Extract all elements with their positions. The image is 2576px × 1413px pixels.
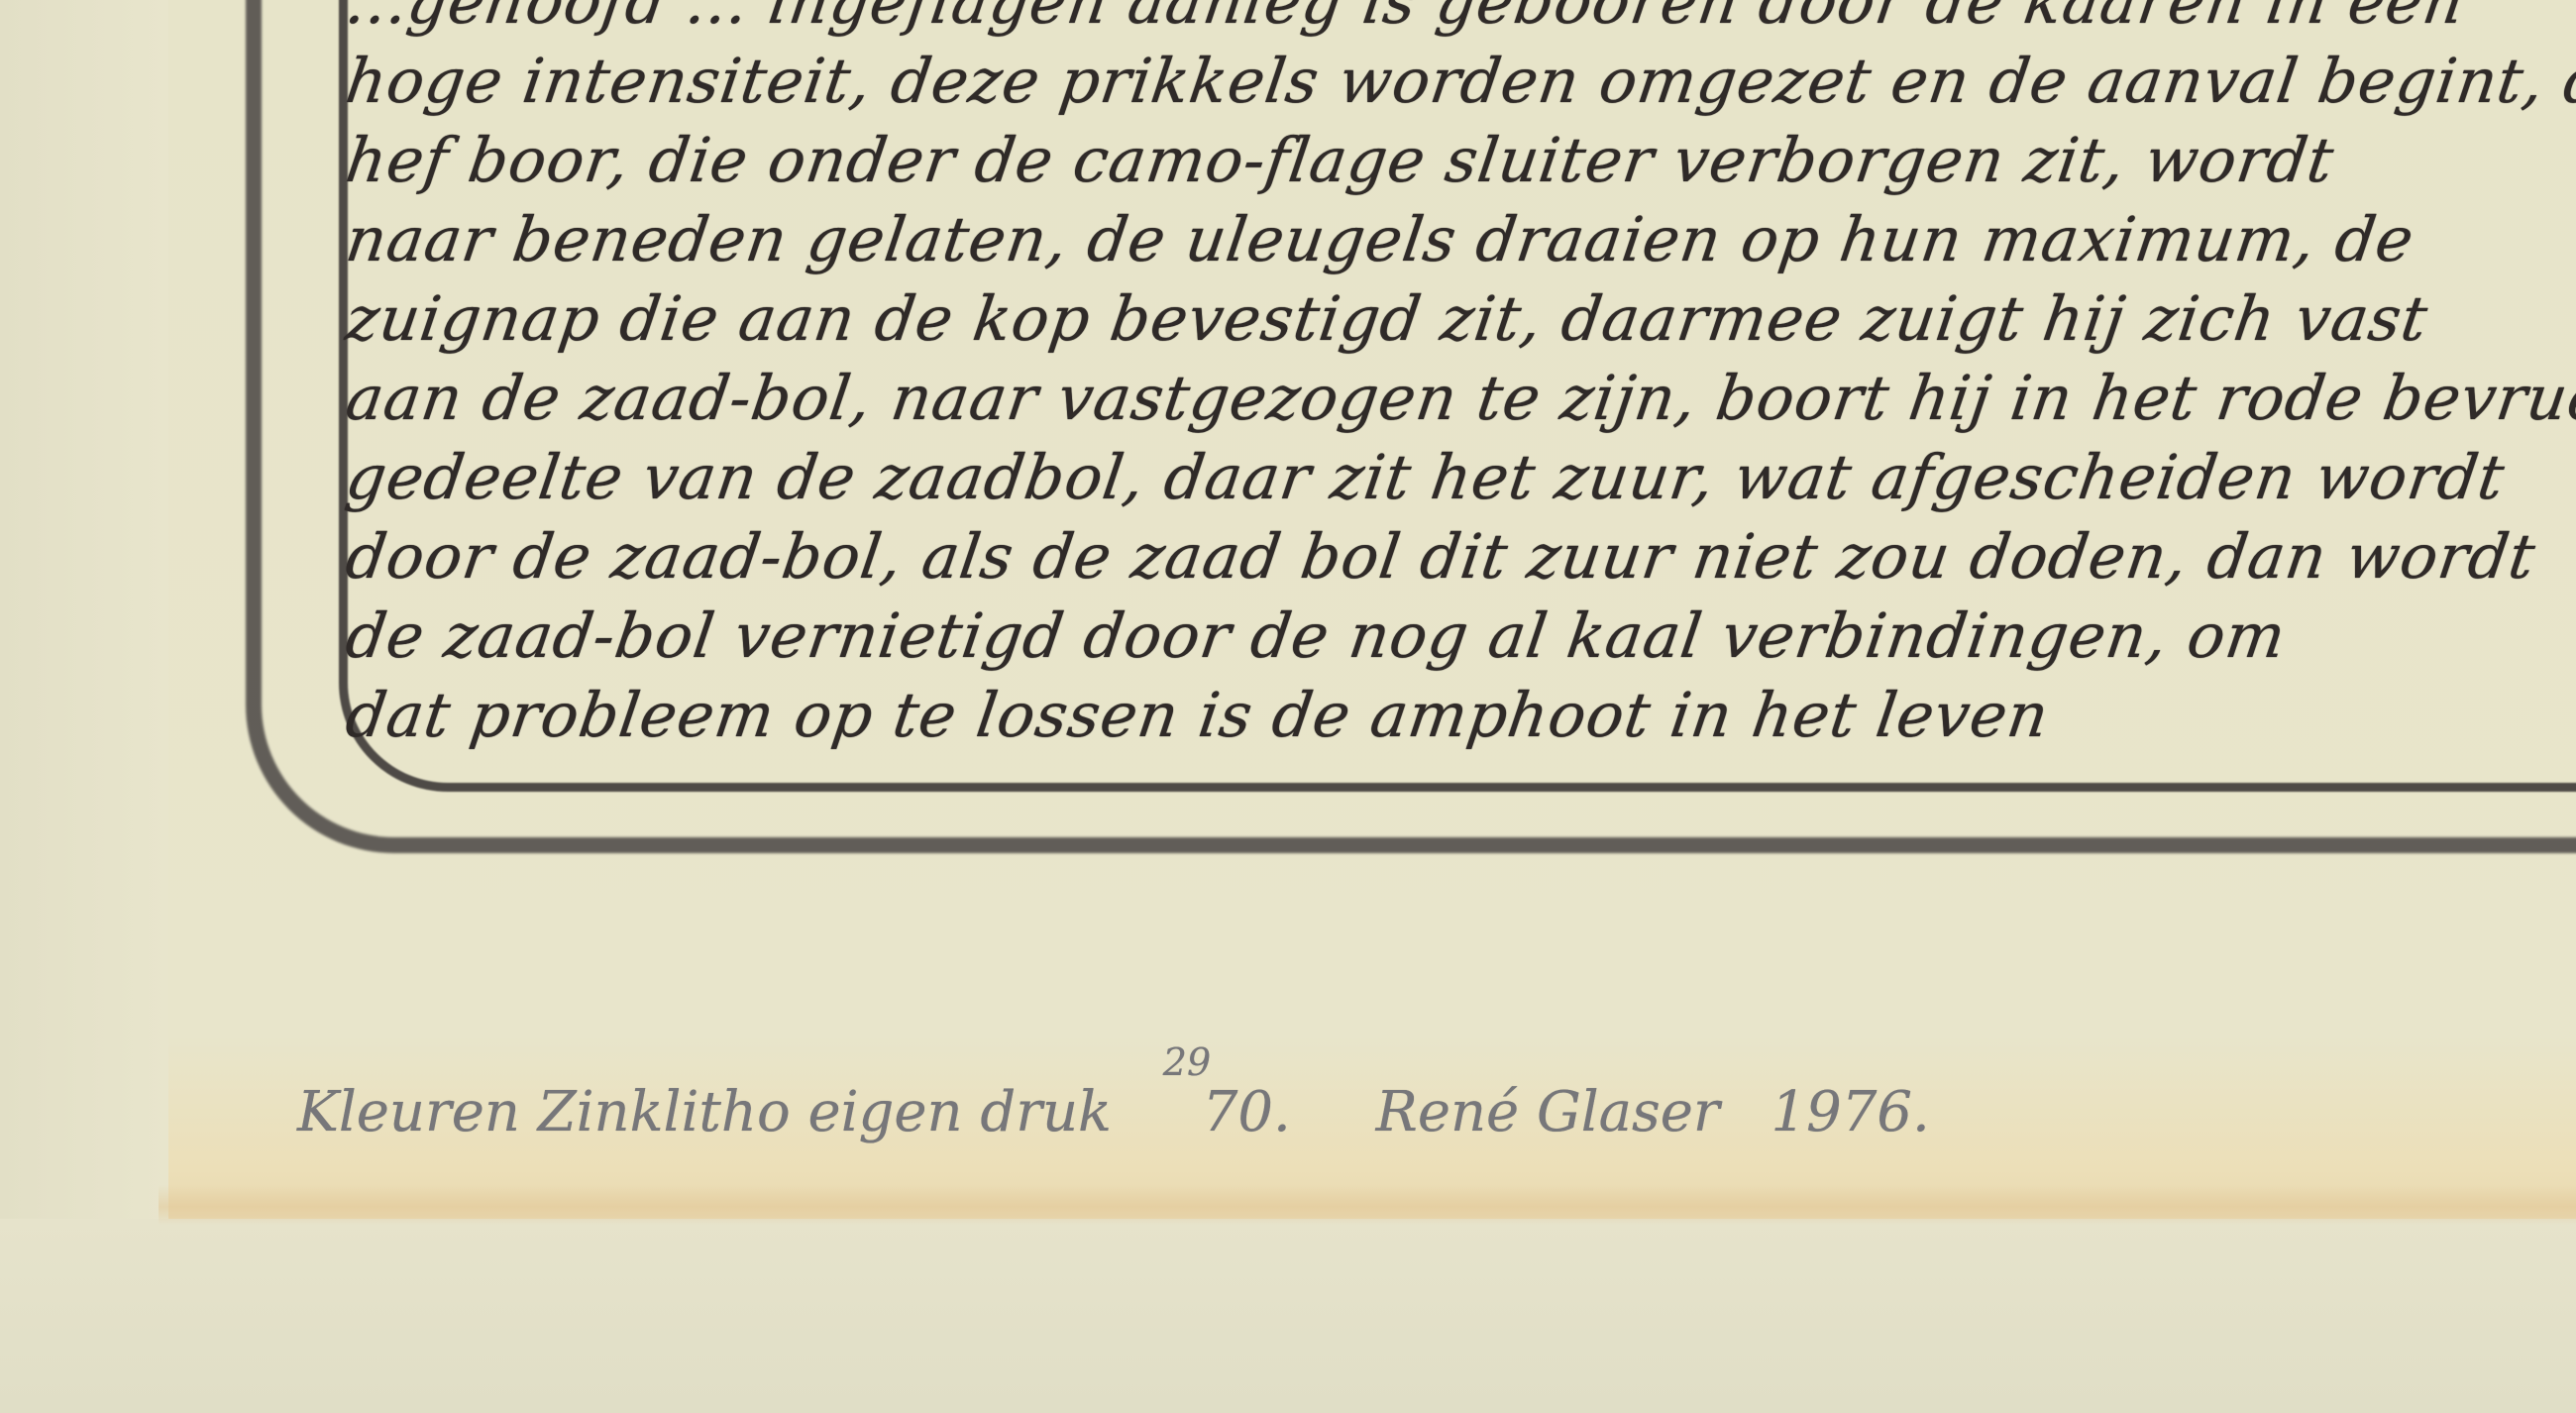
- year: 1976.: [1771, 1080, 1929, 1144]
- text-line: dat probleem op te lossen is de amphoot …: [341, 676, 2576, 755]
- edition-total: 70.: [1163, 1080, 1291, 1144]
- mat-edge-tint: [159, 1185, 2576, 1225]
- text-line: hoge intensiteit, deze prikkels worden o…: [341, 42, 2576, 121]
- artist-name: René Glaser: [1376, 1080, 1720, 1144]
- text-line: door de zaad-bol, als de zaad bol dit zu…: [341, 517, 2576, 597]
- handwritten-text-block: ...gehoofd ... ingeflagen aanleg is gebo…: [347, 0, 2576, 755]
- print-title: Kleuren Zinklitho eigen druk: [297, 1080, 1112, 1144]
- pencil-signature-line: Kleuren Zinklitho eigen druk 29 70. René…: [297, 1080, 1964, 1144]
- text-line: naar beneden gelaten, de uleugels draaie…: [341, 200, 2576, 279]
- edition-number: 29: [1163, 1040, 1211, 1084]
- text-line: hef boor, die onder de camo-flage sluite…: [341, 121, 2576, 200]
- text-line: zuignap die aan de kop bevestigd zit, da…: [341, 279, 2576, 359]
- mount-mat: [0, 1219, 2576, 1413]
- text-line: ...gehoofd ... ingeflagen aanleg is gebo…: [341, 0, 2576, 42]
- photo-background: ...gehoofd ... ingeflagen aanleg is gebo…: [0, 0, 2576, 1413]
- text-line: gedeelte van de zaadbol, daar zit het zu…: [341, 438, 2576, 517]
- text-line: de zaad-bol vernietigd door de nog al ka…: [341, 597, 2576, 676]
- edition-mark: 29 70.: [1163, 1080, 1342, 1144]
- paper-edge-shadow: [0, 0, 168, 1219]
- text-line: aan de zaad-bol, naar vastgezogen te zij…: [341, 359, 2576, 438]
